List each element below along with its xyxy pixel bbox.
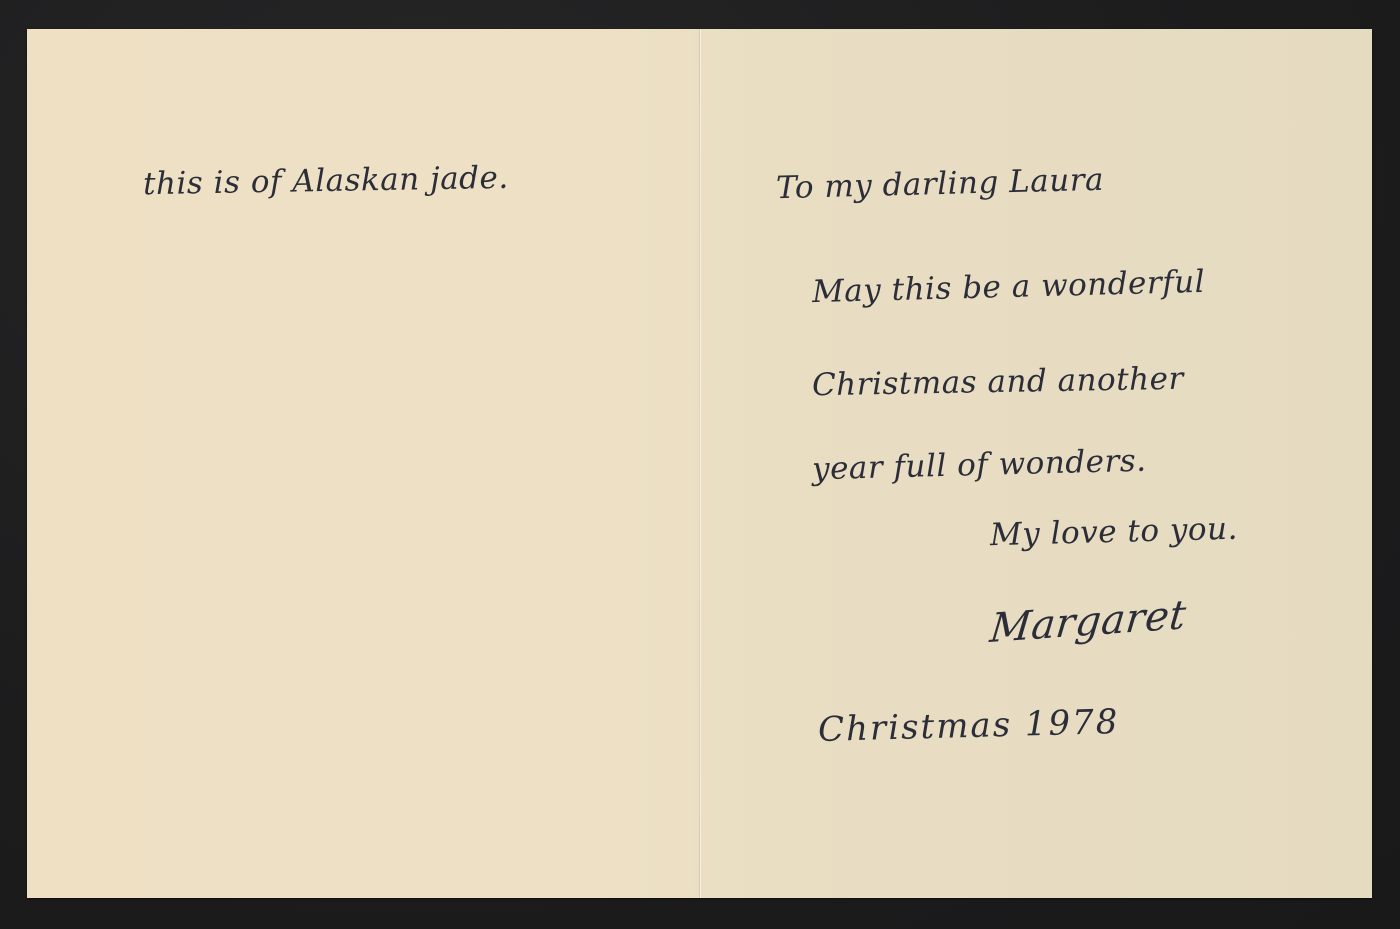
- card-left-panel: this is of Alaskan jade.: [27, 29, 700, 898]
- handwritten-date: Christmas 1978: [818, 702, 1120, 750]
- handwritten-signature: Margaret: [988, 592, 1189, 652]
- card-right-panel: To my darling Laura May this be a wonder…: [700, 29, 1372, 898]
- handwritten-message-line: year full of wonders.: [812, 443, 1147, 488]
- handwritten-closing: My love to you.: [990, 511, 1239, 553]
- handwritten-message-line: Christmas and another: [812, 361, 1184, 403]
- handwritten-greeting: To my darling Laura: [776, 162, 1105, 207]
- greeting-card: this is of Alaskan jade. To my darling L…: [27, 29, 1372, 898]
- handwritten-note-left: this is of Alaskan jade.: [143, 160, 509, 202]
- handwritten-message-line: May this be a wonderful: [812, 264, 1206, 310]
